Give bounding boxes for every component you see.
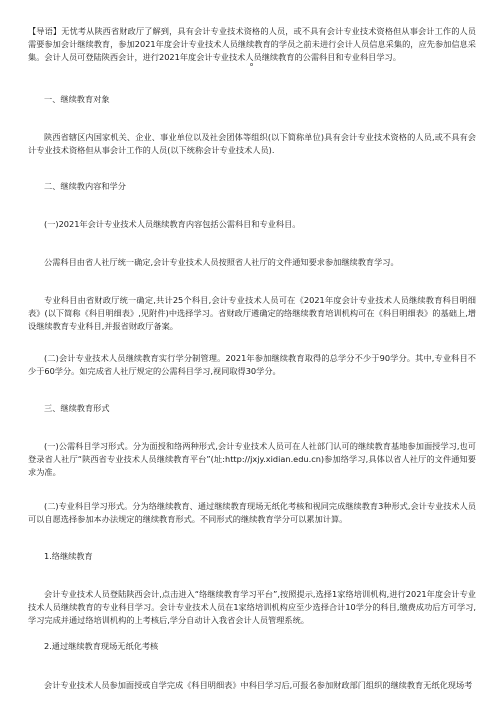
section-2-public-subjects: 公需科目由省人社厅统一确定,会计专业技术人员按照省人社厅的文件通知要求参加继续教… [44, 256, 492, 269]
section-1-body: 陕西省辖区内国家机关、企业、事业单位以及社会团体等组织(以下简称单位)具有会计专… [28, 131, 476, 157]
separator-dot [250, 63, 253, 66]
section-1-heading: 一、继续教育对象 [44, 93, 492, 106]
section-3-sub-2-heading: 2.通过继续教育现场无纸化考核 [44, 640, 492, 653]
section-2-professional-subjects: 专业科目由省财政厅统一确定,共计25个科目,会计专业技术人员可在《2021年度会… [28, 294, 476, 333]
section-3-sub-1-heading: 1.络继续教育 [44, 550, 492, 563]
intro-paragraph: 【导语】无忧考从陕西省财政厅了解到，具有会计专业技术资格的人员，或不具有会计专业… [28, 25, 476, 64]
section-3-sub-2-body: 会计专业技术人员参加面授或自学完成《科目明细表》中科目学习后,可报名参加财政部门… [44, 679, 484, 692]
section-3-heading: 三、继续教育形式 [44, 402, 492, 415]
section-3-sub-1-body: 会计专业技术人员登陆陕西会计,点击进入“络继续教育学习平台”,按照提示,选择1家… [28, 588, 476, 627]
document-page: 【导语】无忧考从陕西省财政厅了解到，具有会计专业技术资格的人员，或不具有会计专业… [0, 0, 504, 713]
section-3-item-1: (一)公需科目学习形式。分为面授和络两种形式,会计专业技术人员可在人社部门认可的… [28, 440, 476, 479]
section-2-item-2: (二)会计专业技术人员继续教育实行学分制管理。2021年参加继续教育取得的总学分… [28, 352, 476, 378]
section-2-heading: 二、继续教内容和学分 [44, 180, 492, 193]
section-2-item-1: (一)2021年会计专业技术人员继续教育内容包括公需科目和专业科目。 [44, 218, 492, 231]
section-3-item-2: (二)专业科目学习形式。分为络继续教育、通过继续教育现场无纸化考核和视同完成继续… [28, 500, 476, 526]
